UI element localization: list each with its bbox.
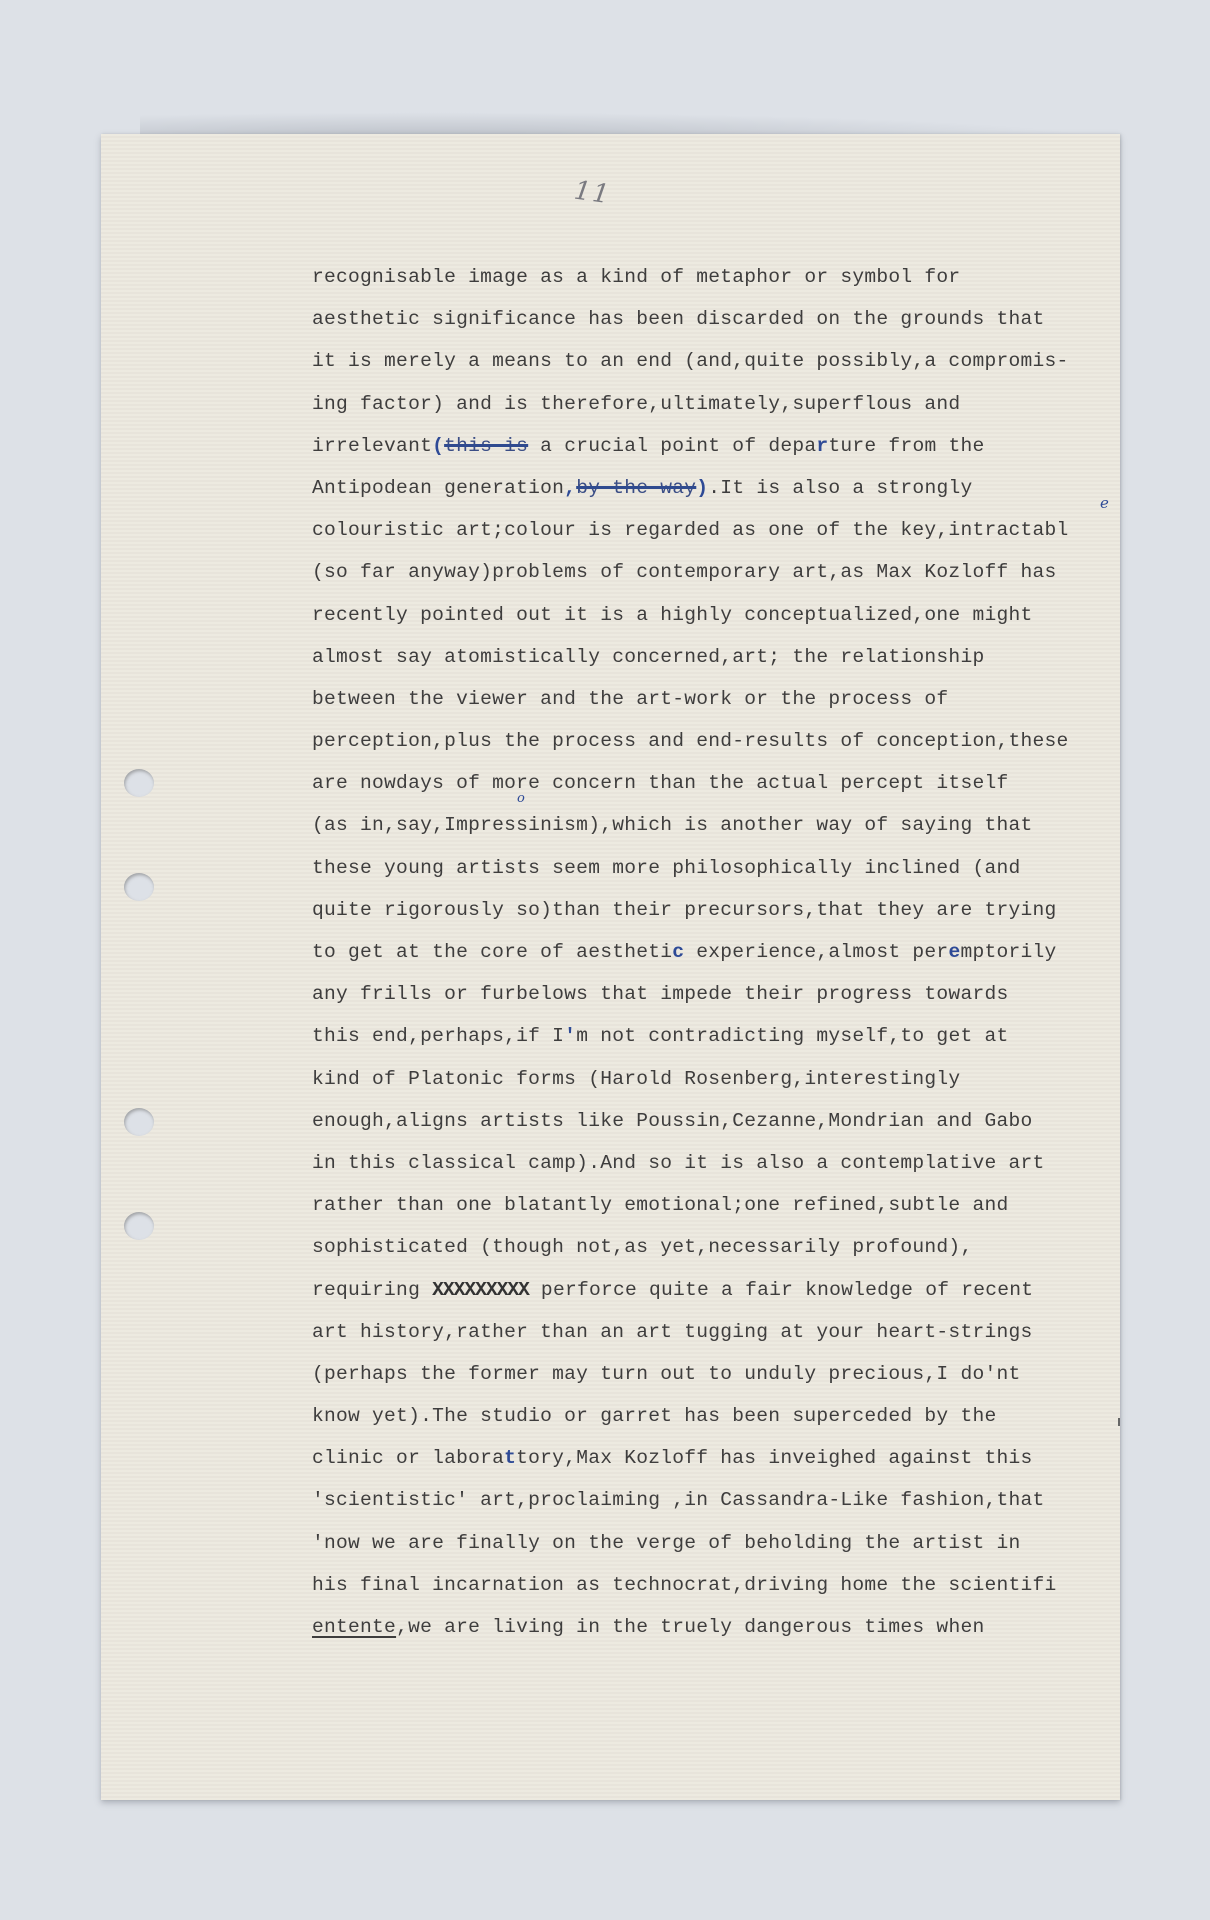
- text-segment: to get at the core of aestheti: [312, 941, 672, 963]
- text-segment: perception,plus the process and end-resu…: [312, 730, 1069, 752]
- text-segment: clinic or labora: [312, 1447, 504, 1469]
- text-line: any frills or furbelows that impede thei…: [312, 973, 1132, 1015]
- margin-tick-mark: [1118, 1418, 1120, 1426]
- text-line: (as in,say,Impressinism),which is anothe…: [312, 804, 1132, 846]
- text-segment: a crucial point of depa: [528, 435, 816, 457]
- text-segment: his final incarnation as technocrat,driv…: [312, 1574, 1057, 1596]
- text-line: colouristic art;colour is regarded as on…: [312, 509, 1132, 551]
- text-line: quite rigorously so)than their precursor…: [312, 889, 1132, 931]
- text-line: aesthetic significance has been discarde…: [312, 298, 1132, 340]
- text-segment: recognisable image as a kind of metaphor…: [312, 266, 960, 288]
- text-ink-segment: c: [672, 941, 684, 963]
- text-ink-segment: ': [564, 1025, 576, 1047]
- punch-hole: [124, 1212, 154, 1240]
- text-line: in this classical camp).And so it is als…: [312, 1142, 1132, 1184]
- text-segment: sophisticated (though not,as yet,necessa…: [312, 1236, 972, 1258]
- text-segment: tory,Max Kozloff has inveighed against t…: [516, 1447, 1032, 1469]
- text-line: irrelevant(this is a crucial point of de…: [312, 425, 1132, 467]
- text-segment: rather than one blatantly emotional;one …: [312, 1194, 1008, 1216]
- text-segment: perforce quite a fair knowledge of recen…: [529, 1279, 1033, 1301]
- text-segment: 'now we are finally on the verge of beho…: [312, 1532, 1020, 1554]
- text-struck-segment: this is: [444, 435, 528, 457]
- text-segment: almost say atomistically concerned,art; …: [312, 646, 984, 668]
- text-segment: enough,aligns artists like Poussin,Cezan…: [312, 1110, 1033, 1132]
- text-segment: this end,perhaps,if I: [312, 1025, 564, 1047]
- text-line: rather than one blatantly emotional;one …: [312, 1184, 1132, 1226]
- text-segment: are nowdays of more concern than the act…: [312, 772, 1008, 794]
- text-segment: mptorily: [960, 941, 1056, 963]
- text-segment: know yet).The studio or garret has been …: [312, 1405, 996, 1427]
- text-segment: aesthetic significance has been discarde…: [312, 308, 1045, 330]
- text-line: are nowdays of more concern than the act…: [312, 762, 1132, 804]
- text-line: his final incarnation as technocrat,driv…: [312, 1564, 1132, 1606]
- text-segment: ture from the: [828, 435, 984, 457]
- text-segment: between the viewer and the art-work or t…: [312, 688, 948, 710]
- text-segment: 'scientistic' art,proclaiming ,in Cassan…: [312, 1489, 1045, 1511]
- text-line: know yet).The studio or garret has been …: [312, 1395, 1132, 1437]
- handwritten-insert-o: o: [517, 791, 525, 806]
- typed-text-body: recognisable image as a kind of metaphor…: [312, 256, 1132, 1648]
- text-line: ing factor) and is therefore,ultimately,…: [312, 383, 1132, 425]
- text-segment: recently pointed out it is a highly conc…: [312, 604, 1033, 626]
- text-line: recently pointed out it is a highly conc…: [312, 594, 1132, 636]
- text-segment: kind of Platonic forms (Harold Rosenberg…: [312, 1068, 960, 1090]
- text-ink-segment: ,: [564, 477, 576, 499]
- text-segment: colouristic art;colour is regarded as on…: [312, 519, 1069, 541]
- text-segment: these young artists seem more philosophi…: [312, 857, 1020, 879]
- text-line: 'now we are finally on the verge of beho…: [312, 1522, 1132, 1564]
- text-segment: (perhaps the former may turn out to undu…: [312, 1363, 1020, 1385]
- text-line: kind of Platonic forms (Harold Rosenberg…: [312, 1058, 1132, 1100]
- punch-hole: [124, 1108, 154, 1136]
- text-segment: quite rigorously so)than their precursor…: [312, 899, 1057, 921]
- text-line: requiring XXXXXXXXX perforce quite a fai…: [312, 1269, 1132, 1311]
- text-typed-x-segment: XXXXXXXXX: [432, 1279, 529, 1301]
- text-line: sophisticated (though not,as yet,necessa…: [312, 1226, 1132, 1268]
- text-segment: Antipodean generation: [312, 477, 564, 499]
- handwritten-insert-e: e: [1100, 494, 1109, 512]
- punch-hole: [124, 769, 154, 797]
- text-line: (perhaps the former may turn out to undu…: [312, 1353, 1132, 1395]
- text-ink-segment: e: [948, 941, 960, 963]
- text-ink-segment: ): [696, 477, 708, 499]
- text-segment: art history,rather than an art tugging a…: [312, 1321, 1033, 1343]
- text-under-segment: entente: [312, 1616, 396, 1638]
- text-line: 'scientistic' art,proclaiming ,in Cassan…: [312, 1479, 1132, 1521]
- text-struck-segment: by the way: [576, 477, 696, 499]
- punch-hole: [124, 873, 154, 901]
- text-line: Antipodean generation,by the way).It is …: [312, 467, 1132, 509]
- text-segment: in this classical camp).And so it is als…: [312, 1152, 1045, 1174]
- text-line: to get at the core of aesthetic experien…: [312, 931, 1132, 973]
- text-line: almost say atomistically concerned,art; …: [312, 636, 1132, 678]
- text-ink-segment: t: [504, 1447, 516, 1469]
- text-ink-segment: r: [816, 435, 828, 457]
- text-line: art history,rather than an art tugging a…: [312, 1311, 1132, 1353]
- text-segment: .It is also a strongly: [708, 477, 972, 499]
- text-segment: ing factor) and is therefore,ultimately,…: [312, 393, 960, 415]
- text-line: these young artists seem more philosophi…: [312, 847, 1132, 889]
- handwritten-page-number: 11: [572, 176, 613, 211]
- text-line: recognisable image as a kind of metaphor…: [312, 256, 1132, 298]
- text-segment: ,we are living in the truely dangerous t…: [396, 1616, 984, 1638]
- text-line: enough,aligns artists like Poussin,Cezan…: [312, 1100, 1132, 1142]
- text-segment: (so far anyway)problems of contemporary …: [312, 561, 1057, 583]
- text-segment: requiring: [312, 1279, 432, 1301]
- text-segment: experience,almost per: [684, 941, 948, 963]
- text-line: perception,plus the process and end-resu…: [312, 720, 1132, 762]
- text-line: (so far anyway)problems of contemporary …: [312, 551, 1132, 593]
- text-line: between the viewer and the art-work or t…: [312, 678, 1132, 720]
- text-segment: irrelevant: [312, 435, 432, 457]
- text-segment: any frills or furbelows that impede thei…: [312, 983, 1008, 1005]
- text-line: entente,we are living in the truely dang…: [312, 1606, 1132, 1648]
- text-segment: (as in,say,Impressinism),which is anothe…: [312, 814, 1033, 836]
- text-line: clinic or laborattory,Max Kozloff has in…: [312, 1437, 1132, 1479]
- text-segment: it is merely a means to an end (and,quit…: [312, 350, 1069, 372]
- text-segment: m not contradicting myself,to get at: [576, 1025, 1008, 1047]
- text-ink-segment: (: [432, 435, 444, 457]
- text-line: this end,perhaps,if I'm not contradictin…: [312, 1015, 1132, 1057]
- text-line: it is merely a means to an end (and,quit…: [312, 340, 1132, 382]
